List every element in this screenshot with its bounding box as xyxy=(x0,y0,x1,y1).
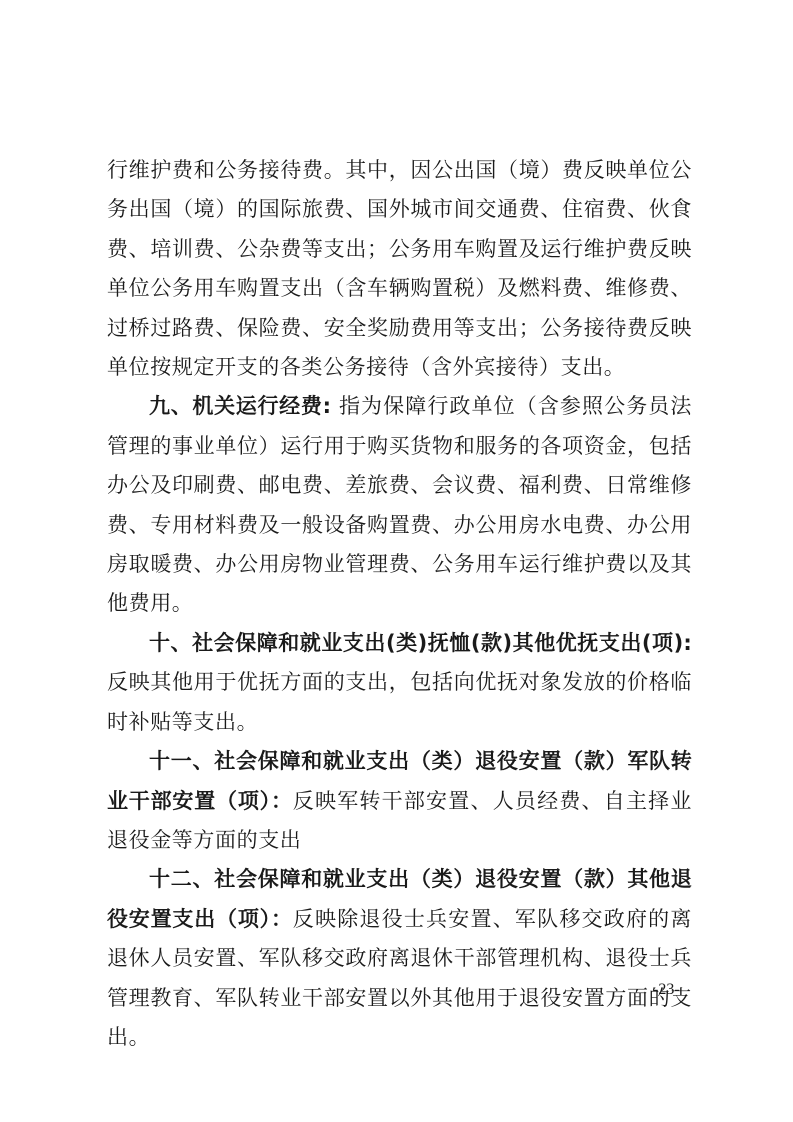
paragraph-item-10: 十、社会保障和就业支出(类)抚恤(款)其他优抚支出(项):反映其他用于优抚方面的… xyxy=(107,624,692,742)
paragraph-heading: 九、机关运行经费: xyxy=(149,394,331,418)
paragraph-body: 行维护费和公务接待费。其中，因公出国（境）费反映单位公务出国（境）的国际旅费、国… xyxy=(107,158,692,379)
page-number: -23- xyxy=(653,981,680,999)
paragraph-item-9: 九、机关运行经费: 指为保障行政单位（含参照公务员法管理的事业单位）运行用于购买… xyxy=(107,387,692,623)
paragraph-heading: 十、社会保障和就业支出(类)抚恤(款)其他优抚支出(项): xyxy=(149,631,692,655)
paragraph-continued-expenses: 行维护费和公务接待费。其中，因公出国（境）费反映单位公务出国（境）的国际旅费、国… xyxy=(107,151,692,387)
paragraph-body: 指为保障行政单位（含参照公务员法管理的事业单位）运行用于购买货物和服务的各项资金… xyxy=(107,394,692,615)
paragraph-item-12: 十二、社会保障和就业支出（类）退役安置（款）其他退役安置支出（项）：反映除退役士… xyxy=(107,860,692,1057)
document-page: 行维护费和公务接待费。其中，因公出国（境）费反映单位公务出国（境）的国际旅费、国… xyxy=(107,151,692,1057)
paragraph-body: 反映其他用于优抚方面的支出，包括向优抚对象发放的价格临时补贴等支出。 xyxy=(107,670,692,733)
paragraph-item-11: 十一、社会保障和就业支出（类）退役安置（款）军队转业干部安置（项）：反映军转干部… xyxy=(107,742,692,860)
